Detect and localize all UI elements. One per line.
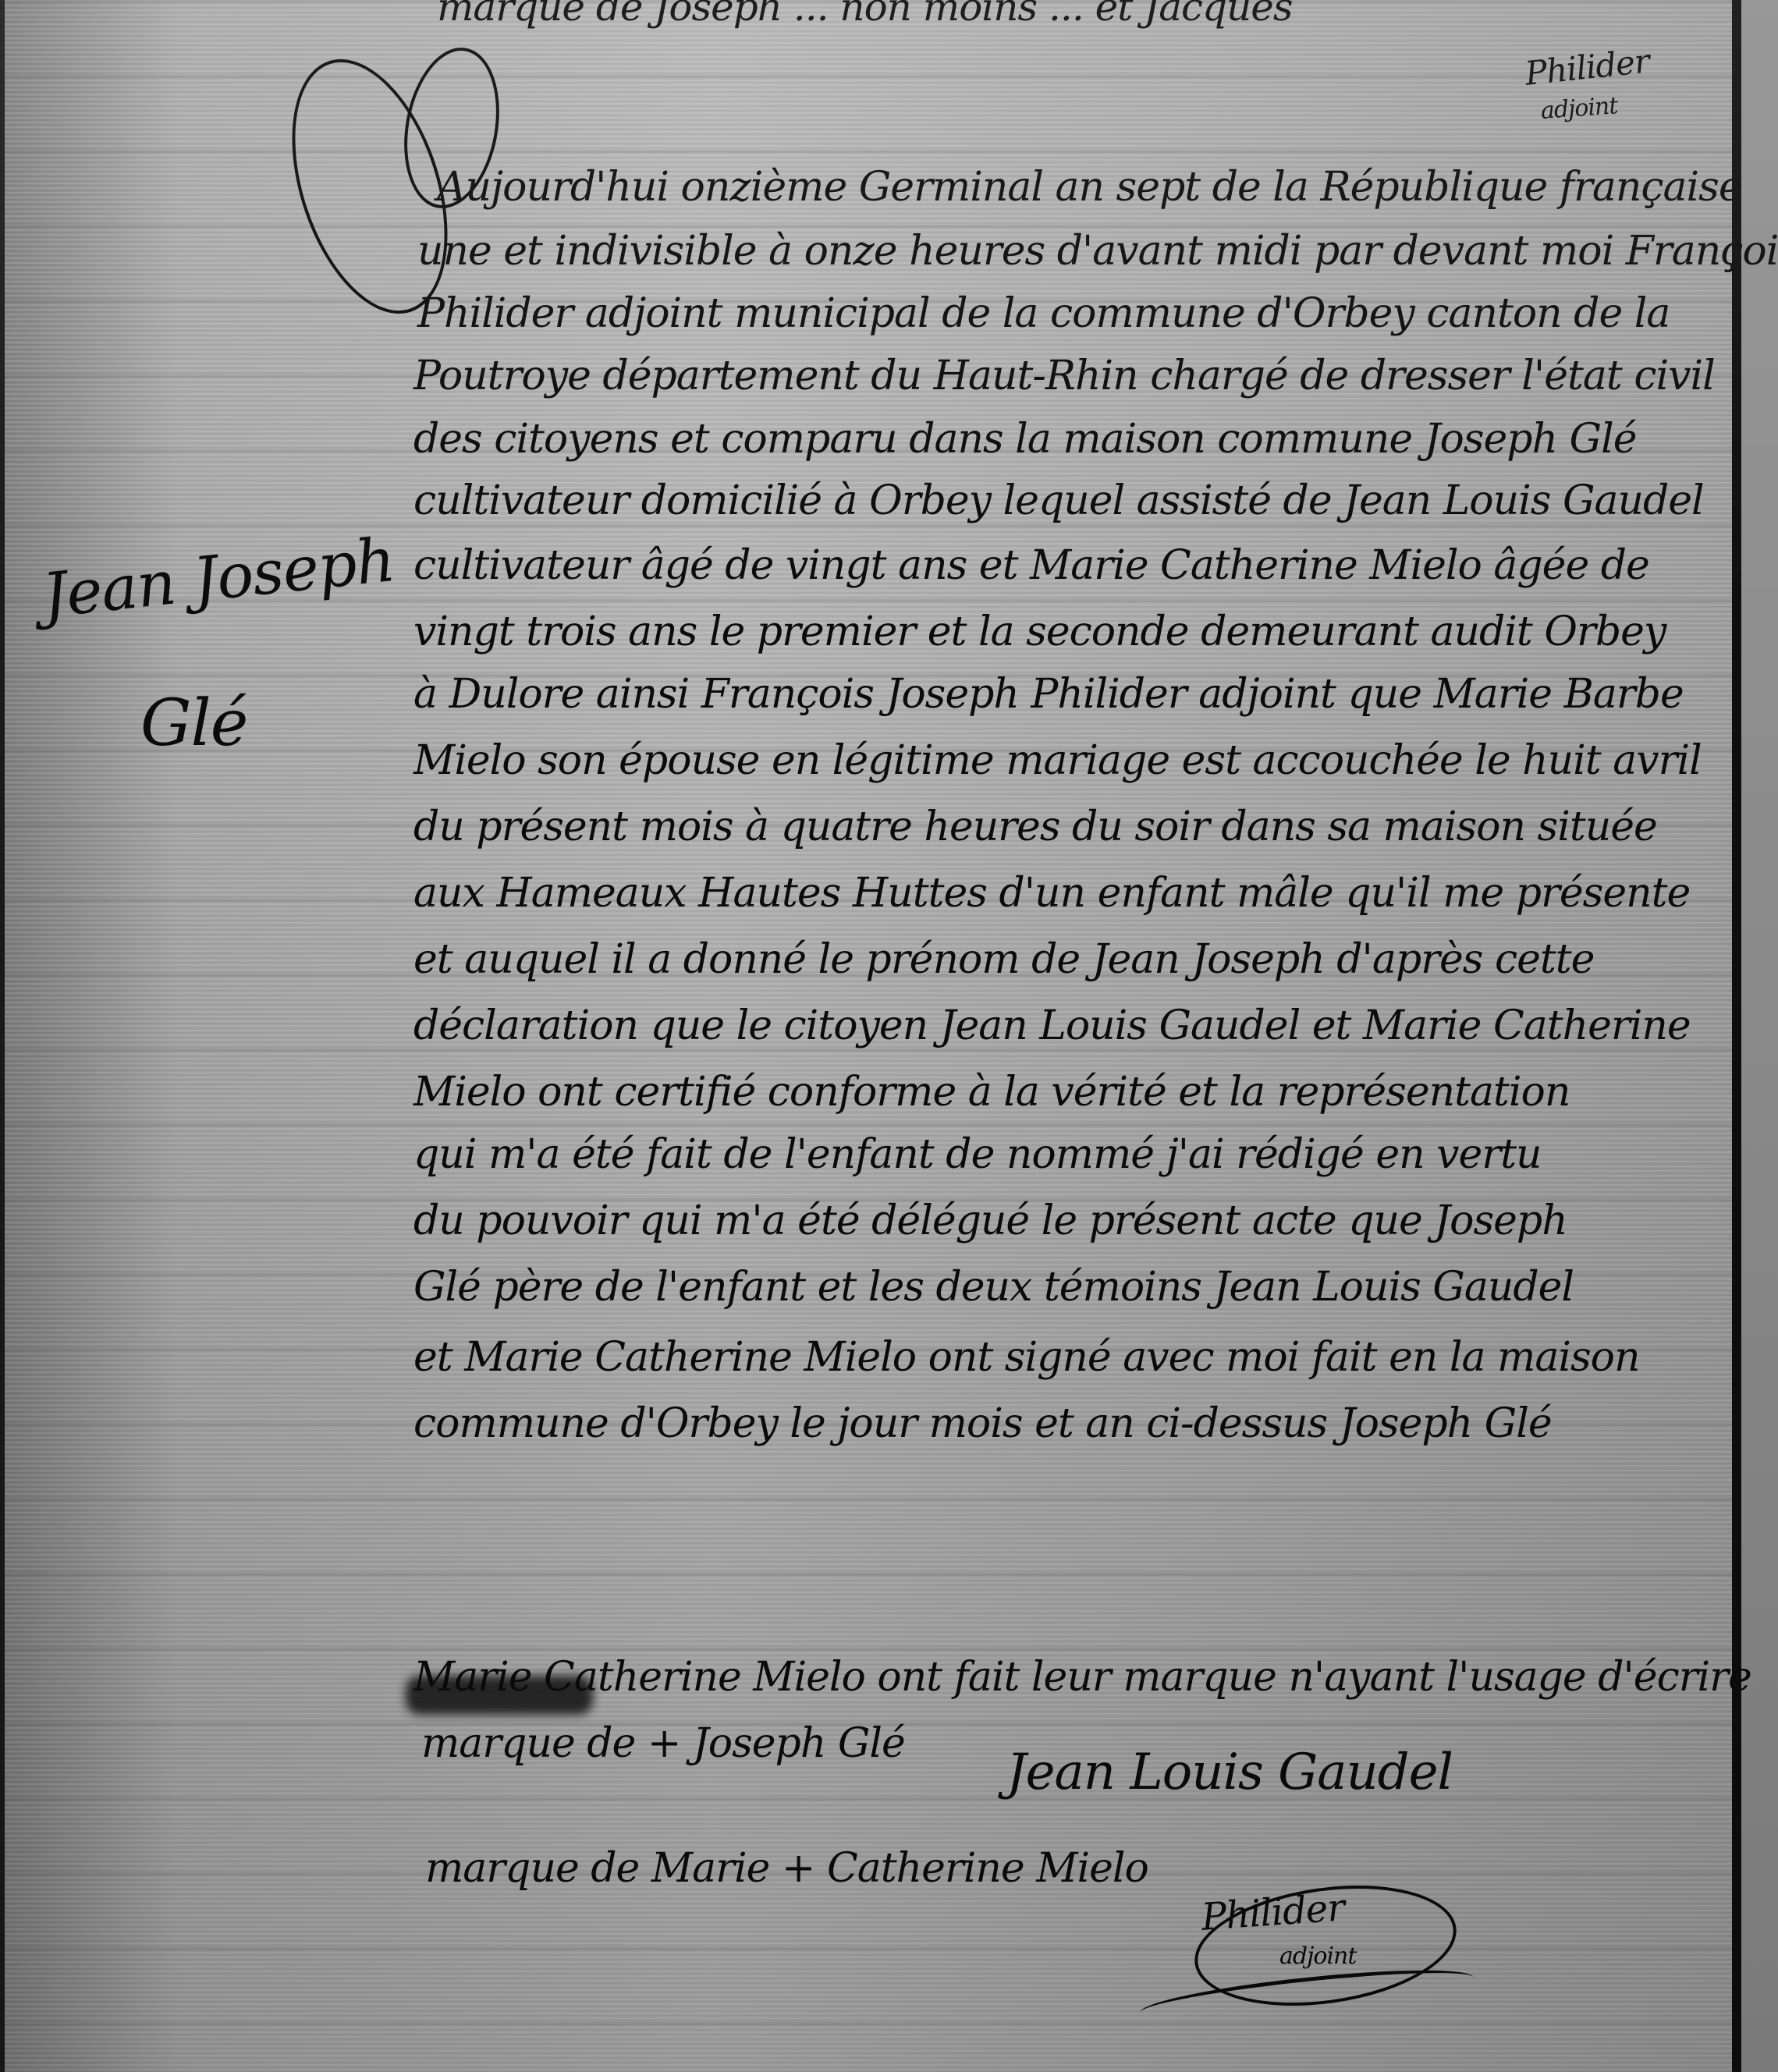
body-line-20: commune d'Orbey le jour mois et an ci-de… (413, 1400, 1552, 1447)
body-line-5: des citoyens et comparu dans la maison c… (413, 416, 1637, 463)
page-binding-edge (1732, 0, 1741, 2072)
body-line-14: déclaration que le citoyen Jean Louis Ga… (413, 1002, 1691, 1049)
adjacent-page-strip (1741, 0, 1778, 2072)
body-line-15: Mielo ont certifié conforme à la vérité … (413, 1069, 1570, 1116)
signature-jean-louis-gaudel: Jean Louis Gaudel (1006, 1744, 1453, 1801)
body-line-3: Philider adjoint municipal de la commune… (417, 290, 1670, 337)
body-line-13: et auquel il a donné le prénom de Jean J… (413, 936, 1594, 983)
previous-entry-fragment: marque de Joseph ... non moins ... et Ja… (437, 0, 1293, 30)
margin-name-surname: Glé (140, 687, 247, 761)
top-right-signature-title: adjoint (1540, 92, 1619, 125)
top-right-signature: Philider (1523, 41, 1651, 92)
body-line-2: une et indivisible à onze heures d'avant… (417, 228, 1778, 275)
body-line-8: vingt trois ans le premier et la seconde… (413, 608, 1666, 655)
signature-officer-title: adjoint (1279, 1942, 1356, 1970)
margin-name-given: Jean Joseph (39, 525, 397, 632)
body-line-12: aux Hameaux Hautes Huttes d'un enfant mâ… (413, 870, 1690, 917)
body-line-16: qui m'a été fait de l'enfant de nommé j'… (413, 1131, 1542, 1178)
body-line-18: Glé père de l'enfant et les deux témoins… (413, 1264, 1574, 1311)
body-line-21: Marie Catherine Mielo ont fait leur marq… (413, 1654, 1751, 1701)
page-left-edge (0, 0, 5, 2072)
body-line-6: cultivateur domicilié à Orbey lequel ass… (413, 477, 1704, 524)
body-line-7: cultivateur âgé de vingt ans et Marie Ca… (413, 542, 1649, 589)
mark-joseph-gle: marque de + Joseph Glé (421, 1720, 905, 1767)
body-line-17: du pouvoir qui m'a été délégué le présen… (413, 1197, 1567, 1244)
mark-marie-catherine-mielo: marque de Marie + Catherine Mielo (425, 1845, 1148, 1892)
body-line-1: Aujourd'hui onzième Germinal an sept de … (437, 164, 1716, 211)
body-line-10: Mielo son épouse en légitime mariage est… (413, 737, 1702, 784)
body-line-4: Poutroye département du Haut-Rhin chargé… (413, 353, 1715, 399)
register-page: marque de Joseph ... non moins ... et Ja… (0, 0, 1778, 2072)
body-line-11: du présent mois à quatre heures du soir … (413, 804, 1657, 850)
body-line-19: et Marie Catherine Mielo ont signé avec … (413, 1334, 1639, 1381)
body-line-9: à Dulore ainsi François Joseph Philider … (413, 671, 1684, 718)
